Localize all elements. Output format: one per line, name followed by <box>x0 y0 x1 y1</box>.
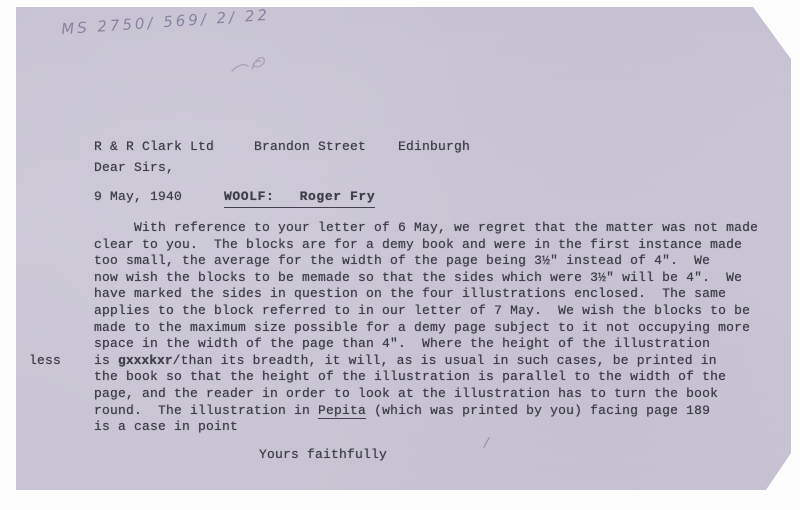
line-text: too small, the average for the width of … <box>94 253 710 268</box>
line-text: made to the maximum size possible for a … <box>94 320 750 335</box>
salutation: Dear Sirs, <box>94 160 174 177</box>
line-text: applies to the block referred to in our … <box>94 303 750 318</box>
letter-line: round. The illustration in Pepita (which… <box>94 403 758 420</box>
recipient-line: R & R Clark Ltd Brandon Street Edinburgh <box>94 139 470 156</box>
line-text: gxxxkxr <box>118 353 173 368</box>
letter-line: With reference to your letter of 6 May, … <box>94 220 758 237</box>
line-text: (which was printed by you) facing page 1… <box>366 403 710 418</box>
line-text: With reference to your letter of 6 May, … <box>94 220 758 235</box>
line-text: clear to you. The blocks are for a demy … <box>94 237 742 252</box>
margin-correction-less: less <box>29 353 61 370</box>
line-text: round. The illustration in <box>94 403 318 418</box>
line-text: have marked the sides in question on the… <box>94 286 726 301</box>
underlined-text: Pepita <box>318 403 366 419</box>
subject-line: WOOLF: Roger Fry <box>224 189 375 208</box>
letter-line: the book so that the height of the illus… <box>94 369 758 386</box>
closing-line: Yours faithfully <box>259 447 387 464</box>
line-text: is a case in point <box>94 419 238 434</box>
line-text: now wish the blocks to be memade so that… <box>94 270 742 285</box>
letter-line: now wish the blocks to be memade so that… <box>94 270 758 287</box>
scan-background: MS 2750/ 569/ 2/ 22 R & R Clark Ltd Bran… <box>0 0 800 510</box>
letter-paper: MS 2750/ 569/ 2/ 22 R & R Clark Ltd Bran… <box>16 7 791 490</box>
line-text: the book so that the height of the illus… <box>94 369 726 384</box>
letter-line: clear to you. The blocks are for a demy … <box>94 237 758 254</box>
line-text: is <box>94 353 118 368</box>
archive-reference-handwritten: MS 2750/ 569/ 2/ 22 <box>61 6 271 39</box>
pencil-slash-mark: / <box>482 435 490 452</box>
letter-line: page, and the reader in order to look at… <box>94 386 758 403</box>
letter-line: space in the width of the page than 4". … <box>94 336 758 353</box>
line-text: space in the width of the page than 4". … <box>94 336 710 351</box>
line-text: page, and the reader in order to look at… <box>94 386 718 401</box>
letter-body: With reference to your letter of 6 May, … <box>94 220 758 436</box>
letter-line: too small, the average for the width of … <box>94 253 758 270</box>
letter-line: is a case in point <box>94 419 758 436</box>
line-text: /than its breadth, it will, as is usual … <box>173 353 717 368</box>
letter-line: made to the maximum size possible for a … <box>94 320 758 337</box>
letter-line: have marked the sides in question on the… <box>94 286 758 303</box>
pencil-squiggle <box>228 49 274 83</box>
letter-line: applies to the block referred to in our … <box>94 303 758 320</box>
letter-line: is gxxxkxr/than its breadth, it will, as… <box>94 353 758 370</box>
